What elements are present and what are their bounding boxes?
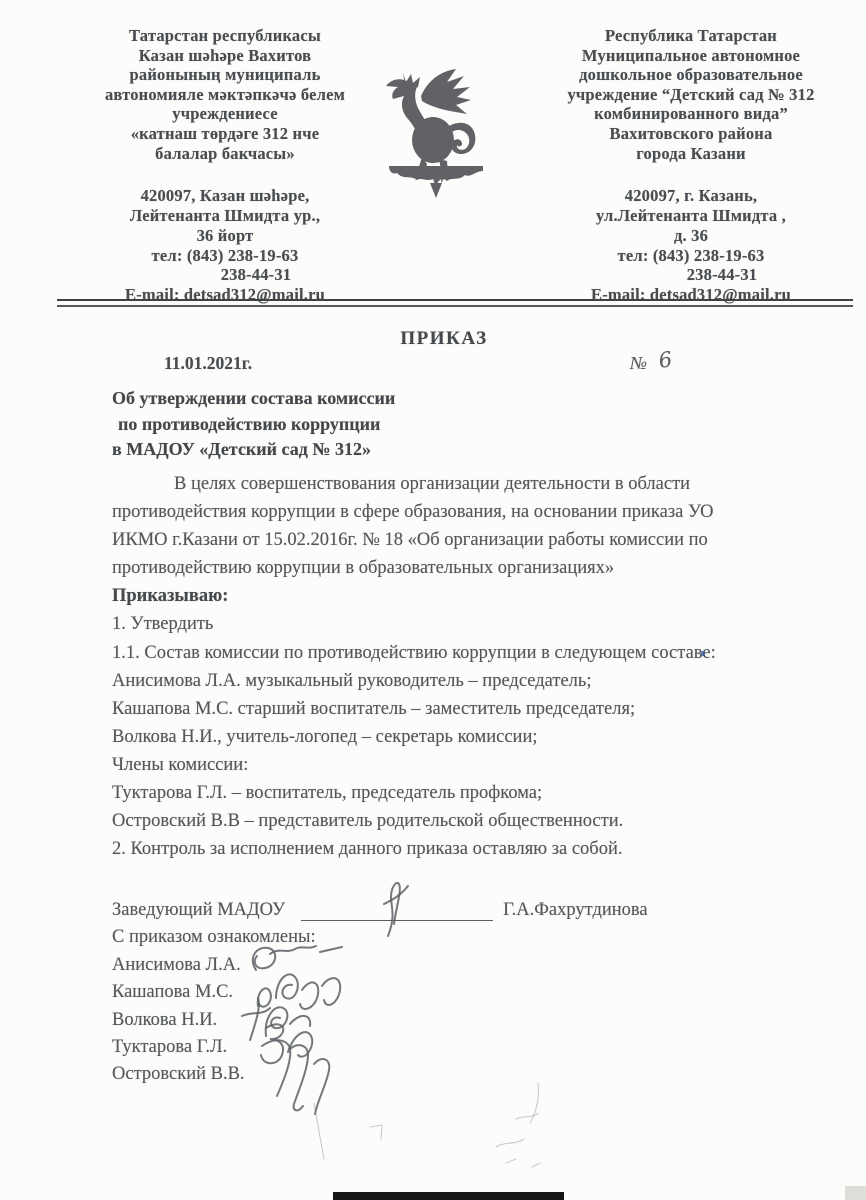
ink-dot-artifact — [701, 651, 705, 656]
director-name: Г.А.Фахрутдинова — [503, 897, 648, 924]
order-body-line: Островский В.В – представитель родительс… — [112, 807, 814, 835]
org-name-line: города Казани — [522, 144, 860, 164]
order-subject: Об утверждении состава комиссиипо против… — [112, 386, 395, 463]
order-body-line: 1.1. Состав комиссии по противодействию … — [112, 639, 814, 667]
org-name-line: учреждениесе — [58, 104, 392, 124]
order-subject-line: по противодействию коррупции — [112, 412, 395, 438]
address-tatar: 420097, Казан шәһәре,Лейтенанта Шмидта у… — [58, 186, 392, 305]
order-body-line: ИКМО г.Казани от 15.02.2016г. № 18 «Об о… — [112, 526, 814, 554]
address-line: 238-44-31 — [58, 265, 392, 285]
order-number: №6 — [630, 350, 672, 374]
order-body-line: 2. Контроль за исполнением данного прика… — [112, 835, 814, 863]
org-name-russian: Республика ТатарстанМуниципальное автоно… — [522, 26, 860, 163]
org-name-line: дошкольное образовательное — [522, 65, 860, 85]
org-name-line: Вахитовского района — [522, 124, 860, 144]
order-body-line: В целях совершенствования организации де… — [112, 470, 814, 498]
order-body-line: Кашапова М.С. старший воспитатель – заме… — [112, 695, 814, 723]
address-line: 36 йорт — [58, 226, 392, 246]
director-handwritten-signature — [372, 876, 430, 942]
org-name-line: Муниципальное автономное — [522, 46, 860, 66]
org-name-line: автономияле мәктәпкәчә белем — [58, 85, 392, 105]
org-name-line: Казан шәһәре Вахитов — [58, 46, 392, 66]
org-name-line: комбинированного вида” — [522, 104, 860, 124]
letterhead-tatar: Татарстан республикасыКазан шәһәре Вахит… — [58, 26, 392, 305]
order-body-line: противодействию коррупции в образователь… — [112, 554, 814, 582]
org-name-line: Республика Татарстан — [522, 26, 860, 46]
org-name-line: учреждение “Детский сад № 312 — [522, 85, 860, 105]
order-number-handwritten-value: 6 — [657, 347, 674, 373]
order-number-label: № — [630, 353, 647, 373]
letterhead-divider-rule — [57, 299, 853, 307]
org-name-line: балалар бакчасы» — [58, 144, 392, 164]
org-name-line: районының муниципаль — [58, 65, 392, 85]
address-line: тел: (843) 238-19-63 — [522, 246, 860, 266]
org-name-line: Татарстан республикасы — [58, 26, 392, 46]
address-line: Лейтенанта Шмидта ур., — [58, 206, 392, 226]
order-date: 11.01.2021г. — [164, 353, 252, 374]
address-line: 420097, Казан шәһәре, — [58, 186, 392, 206]
address-line: ул.Лейтенанта Шмидта , — [522, 206, 860, 226]
address-line: 238-44-31 — [522, 265, 860, 285]
order-body-line: Туктарова Г.Л. – воспитатель, председате… — [112, 779, 814, 807]
order-subject-line: в МАДОУ «Детский сад № 312» — [112, 437, 395, 463]
pencil-scan-marks — [300, 1075, 600, 1187]
scan-edge-smudge — [845, 1186, 866, 1200]
order-body-line: Члены комиссии: — [112, 751, 814, 779]
order-subject-line: Об утверждении состава комиссии — [112, 386, 395, 412]
scan-artifact-bar — [333, 1192, 564, 1200]
order-body-line: Приказываю: — [112, 582, 814, 610]
address-line: 420097, г. Казань, — [522, 186, 860, 206]
order-body-line: Анисимова Л.А. музыкальный руководитель … — [112, 667, 814, 695]
address-line: д. 36 — [522, 226, 860, 246]
scanned-order-document: Татарстан республикасыКазан шәһәре Вахит… — [0, 0, 866, 1200]
letterhead-russian: Республика ТатарстанМуниципальное автоно… — [522, 26, 860, 305]
order-body: В целях совершенствования организации де… — [112, 470, 814, 863]
address-line: тел: (843) 238-19-63 — [58, 246, 392, 266]
director-label: Заведующий МАДОУ — [112, 897, 285, 924]
order-body-line: противодействия коррупции в сфере образо… — [112, 498, 814, 526]
order-title: ПРИКАЗ — [0, 328, 866, 350]
order-body-line: Волкова Н.И., учитель-логопед – секретар… — [112, 723, 814, 751]
org-name-tatar: Татарстан республикасыКазан шәһәре Вахит… — [58, 26, 392, 163]
zilant-dragon-emblem-icon — [376, 60, 496, 200]
address-russian: 420097, г. Казань,ул.Лейтенанта Шмидта ,… — [522, 186, 860, 305]
order-body-line: 1. Утвердить — [112, 610, 814, 638]
org-name-line: «катнаш төрдәге 312 нче — [58, 124, 392, 144]
